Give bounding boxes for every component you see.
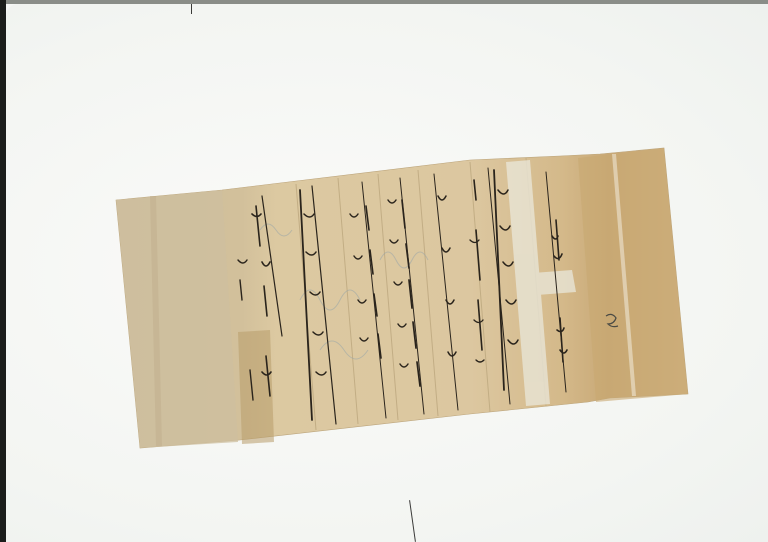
manuscript-document — [0, 0, 768, 542]
manuscript-illustration — [0, 0, 768, 542]
